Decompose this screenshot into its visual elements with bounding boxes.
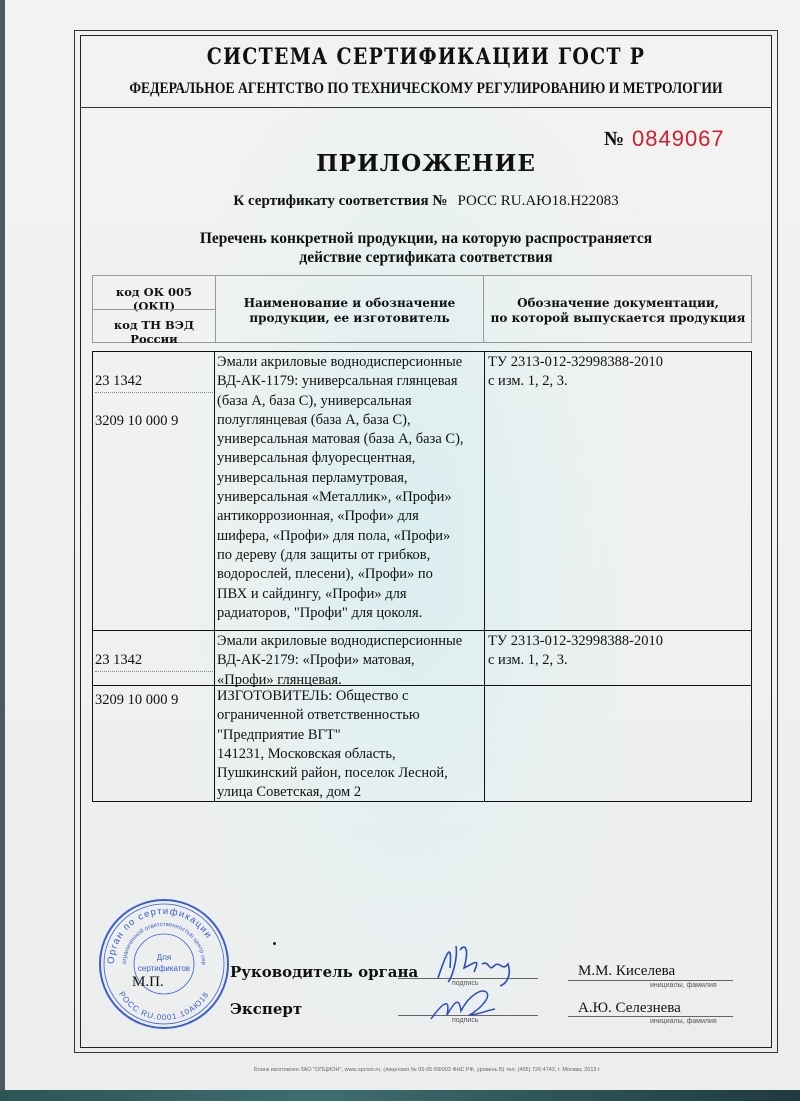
row-1-product: Эмали акриловые воднодисперсионные ВД-АК… — [217, 353, 487, 623]
certificate-label: К сертификату соответствия № — [233, 193, 447, 209]
head-name: М.М. Киселева — [578, 963, 675, 980]
form-number: 0849067 — [632, 126, 725, 152]
row-divider — [93, 630, 751, 631]
form-number-label: № — [604, 128, 624, 151]
certificate-reference: К сертификату соответствия №РОСС RU.АЮ18… — [80, 193, 772, 210]
expert-name-caption: инициалы, фамилия — [650, 1018, 717, 1025]
row-2-code-okp: 23 1342 — [95, 651, 213, 671]
stamp-center-line1: Для — [157, 953, 171, 962]
form-printer-info: Бланк изготовлен ЗАО "ОПЦИОН", www.opcio… — [254, 1067, 601, 1073]
expert-label: Эксперт — [230, 1000, 302, 1018]
system-title: СИСТЕМА СЕРТИФИКАЦИИ ГОСТ Р — [128, 44, 723, 70]
table-header: код ОК 005 (ОКП) код ТН ВЭД России Наиме… — [92, 275, 752, 343]
head-name-line — [568, 980, 733, 981]
seal-label: М.П. — [132, 974, 164, 991]
header-divider — [80, 107, 772, 108]
product-table: 23 1342 3209 10 000 9 Эмали акриловые во… — [92, 351, 752, 802]
row-1-code-tnved: 3209 10 000 9 — [95, 413, 178, 429]
row-2-product: Эмали акриловые воднодисперсионные ВД-АК… — [217, 632, 487, 690]
row-1-code-okp: 23 1342 — [95, 372, 213, 392]
head-label: Руководитель органа — [230, 963, 418, 981]
list-title: Перечень конкретной продукции, на котору… — [80, 229, 772, 267]
certification-stamp-icon: Орган по сертификации ограниченной ответ… — [96, 896, 232, 1032]
table-row-1-codes: 23 1342 3209 10 000 9 — [95, 353, 213, 431]
row-3-manufacturer: ИЗГОТОВИТЕЛЬ: Общество с ограниченной от… — [217, 687, 487, 803]
header-code-divider — [93, 309, 215, 310]
document-title: ПРИЛОЖЕНИЕ — [80, 150, 772, 177]
list-title-line1: Перечень конкретной продукции, на котору… — [80, 229, 772, 248]
row-1-documentation: ТУ 2313-012-32998388-2010 с изм. 1, 2, 3… — [488, 353, 748, 392]
scan-left-edge — [0, 0, 5, 1101]
list-title-line2: действие сертификата соответствия — [80, 248, 772, 267]
expert-name: А.Ю. Селезнева — [578, 1000, 681, 1017]
svg-text:РОСС RU.0001.10АЮ18: РОСС RU.0001.10АЮ18 — [117, 990, 211, 1022]
agency-title: ФЕДЕРАЛЬНОЕ АГЕНТСТВО ПО ТЕХНИЧЕСКОМУ РЕ… — [122, 80, 731, 98]
stamp-center-line2: сертификатов — [138, 964, 190, 973]
expert-signature-icon — [425, 985, 505, 1025]
header-code-column: код ОК 005 (ОКП) код ТН ВЭД России — [93, 276, 216, 342]
row-2-code-tnved: 3209 10 000 9 — [95, 692, 178, 708]
header-documentation: Обозначение документации, по которой вып… — [485, 276, 751, 342]
header-product: Наименование и обозначение продукции, ее… — [216, 276, 484, 342]
head-name-caption: инициалы, фамилия — [650, 982, 717, 989]
column-divider — [214, 352, 215, 801]
certificate-number: РОСС RU.АЮ18.Н22083 — [457, 193, 618, 209]
header-code-tnved: код ТН ВЭД России — [93, 318, 215, 346]
row-2-documentation: ТУ 2313-012-32998388-2010 с изм. 1, 2, 3… — [488, 632, 748, 671]
scan-bottom-edge — [0, 1090, 800, 1101]
table-row-2-codes: 23 1342 3209 10 000 9 — [95, 632, 213, 710]
svg-text:ограниченной ответственностью: ограниченной ответственностью центр серт… — [96, 896, 206, 966]
dot-mark — [273, 942, 276, 945]
head-signature-icon — [430, 938, 525, 988]
